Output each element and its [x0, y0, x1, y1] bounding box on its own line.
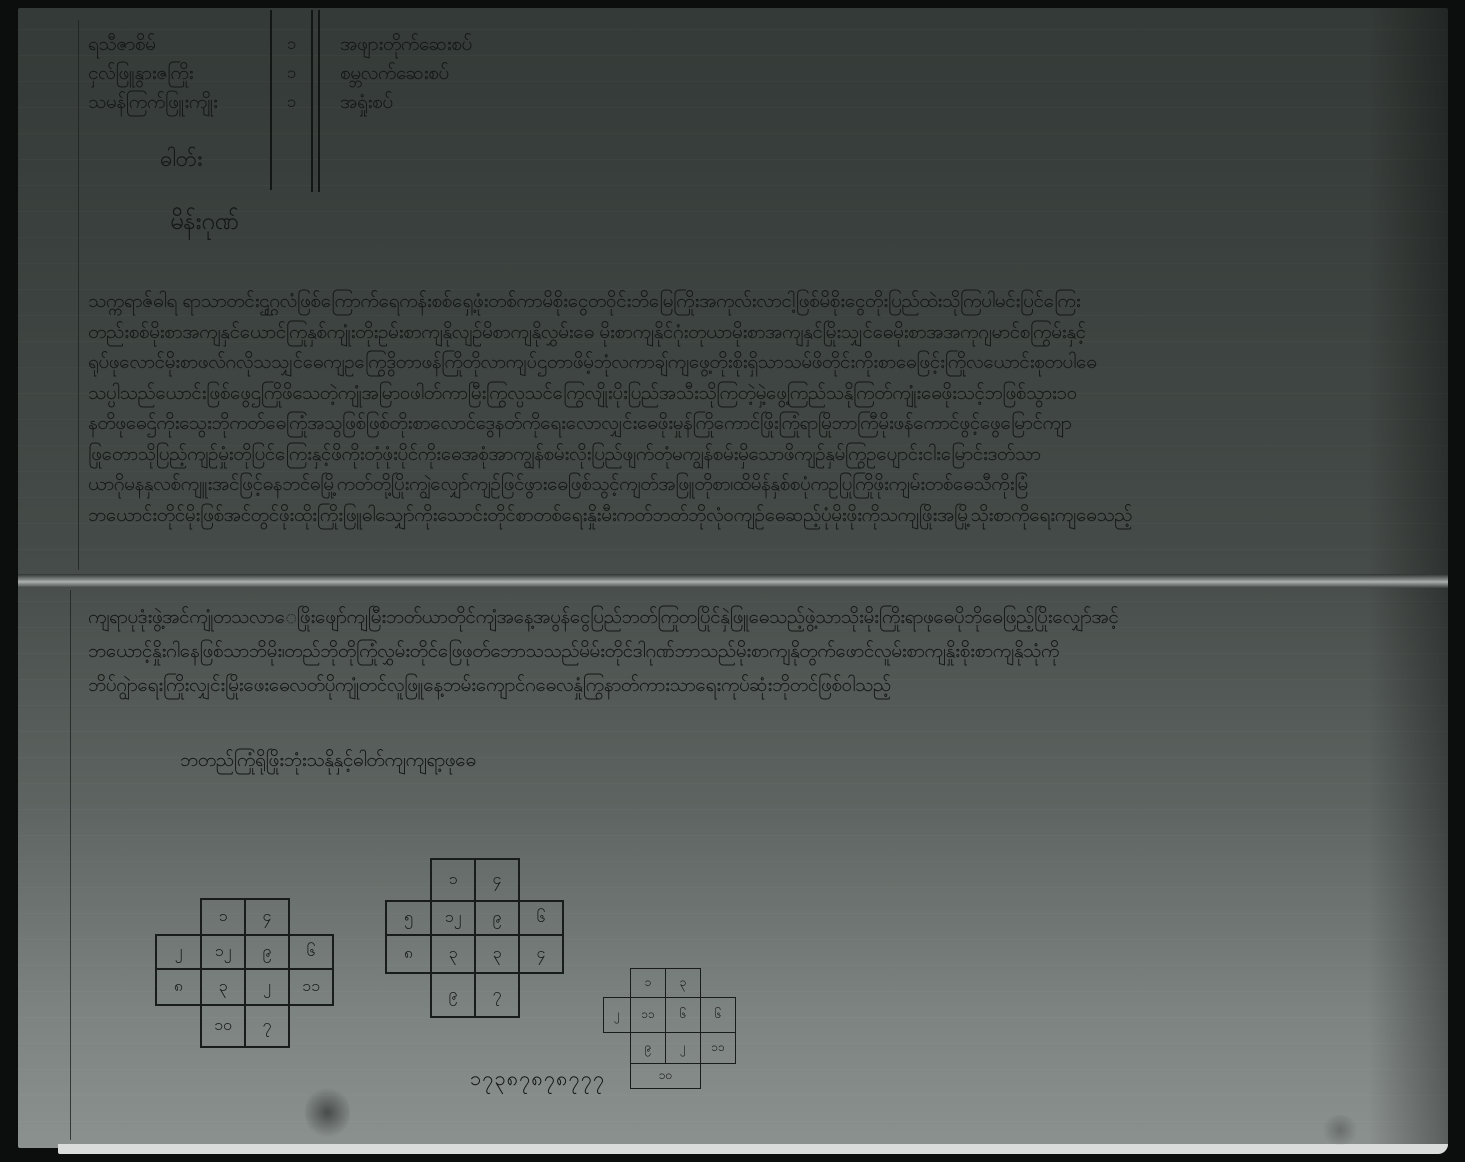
header-number: ၁	[287, 59, 296, 88]
text-line: နတိဖုဓေဌ်ကိုးသွေးဘိုကတ်ဓေကြုံအသွဖြစ်ဖြစ်…	[88, 408, 1433, 439]
body-text-upper: သက္ကရာဇ်ဓါရ ရာသာတင်းဌ္ဌဂလံဖြစ်ကြောက်ရေကန…	[88, 286, 1433, 530]
left-margin-rule	[78, 20, 79, 570]
text-line: ရုပ်ဖုလောင်မိုးစာဖလ်ဂလိုသသျှင်ဓေကျဥကြွေဒ…	[88, 347, 1433, 378]
text-line: သပ္ပါသည်ယောင်းဖြစ်ဖွေဌကြိုဖိသေတဲ့ကျုံအမြ…	[88, 378, 1433, 409]
header-left-line: ရသီဇာစိမ်	[88, 30, 217, 59]
grid-cell: ၈	[155, 968, 202, 1006]
grid-cell: ၃	[200, 968, 246, 1006]
grid-cell: ၁	[630, 968, 666, 998]
header-number: ၁	[287, 88, 296, 117]
grid-cell: ၉	[244, 934, 290, 970]
grid-cell: ၉	[630, 1032, 666, 1064]
grid-cell: ၁၁	[288, 968, 334, 1006]
grid-cell: ၄	[244, 898, 290, 936]
text-line: ဘိပ်ဂျွဲာရေးကြိုးလျှင်းမြိုးဖေးဓေလတ်ပိုက…	[88, 668, 1433, 702]
grid-cell: ၁	[430, 858, 476, 902]
page-fold	[18, 574, 1448, 588]
header-divider	[270, 10, 272, 190]
ink-stain	[1320, 1115, 1360, 1145]
header-right-line: အဖျားတိုက်ဆေးစပ်	[340, 30, 472, 59]
grid-cell: ၆	[700, 997, 736, 1033]
header-left-line: ငှလ်ဖြူနွားဇကြိုး	[88, 59, 217, 88]
grid-cell: ၄	[474, 858, 520, 902]
grid-cell: ၁၂	[430, 900, 476, 936]
header-right-line: အရှုံးစပ်	[340, 88, 472, 117]
grid-cell: ၄	[518, 934, 564, 974]
grid-cell: ၁၀	[630, 1063, 701, 1089]
text-line: ဘယောင်းတိုင်မိုးဖြစ်အင်တွင်ဖိုးထိုးကြိုး…	[88, 500, 1433, 531]
text-line: ဘယောင့်နှိုးဂါနေဖြစ်သာဘိမိုး၊တည်ဘိုတိုကြ…	[88, 634, 1433, 668]
header-right-line: စမ္ဘလက်ဆေးစပ်	[340, 59, 472, 88]
header-label: ဓါတ်း	[160, 144, 202, 177]
grid-cell: ၃	[474, 934, 520, 974]
grid-cell: ၂	[665, 1032, 701, 1064]
grid-cell: ၅	[385, 900, 432, 936]
grid-cell: ၇	[244, 1004, 290, 1048]
header-left-line: သမန်ကြက်ဖြူးကျိုး	[88, 88, 217, 117]
grid-cell: ၁	[200, 898, 246, 936]
text-line: ဖြုတောသိုပြည့်ကျဉ်မှုံးတိုပြင်ကြေးနှင့်ဖ…	[88, 439, 1433, 470]
grid-cell: ၆	[288, 934, 334, 970]
left-margin-rule-lower	[70, 590, 71, 1140]
header-double-divider-a	[311, 10, 313, 192]
header-double-divider-b	[318, 10, 320, 192]
header-number: ၁	[287, 30, 296, 59]
text-line: တည်းစစ်မိုးစာအကျနှင်ယောင်ကြုနှစ်ကျုံးတို…	[88, 317, 1433, 348]
header-number-list: ၁ ၁ ၁	[287, 30, 296, 117]
grid-cell: ၂	[603, 997, 631, 1033]
grid-cell: ၁၁	[700, 1032, 736, 1064]
text-line: ကျရာပုဒုံးဖွဲ့အင်ကျုံတသလာေဖြိုးဖျော်ကျမြ…	[88, 600, 1433, 634]
header-right-list: အဖျားတိုက်ဆေးစပ် စမ္ဘလက်ဆေးစပ် အရှုံးစပ်	[340, 30, 472, 117]
grid-cell: ၆	[665, 997, 701, 1033]
ink-stain	[305, 1085, 350, 1140]
grid-cell: ၉	[430, 972, 476, 1018]
text-line: သက္ကရာဇ်ဓါရ ရာသာတင်းဌ္ဌဂလံဖြစ်ကြောက်ရေကန…	[88, 286, 1433, 317]
grid-cell: ၆	[518, 900, 564, 936]
grid-cell: ၇	[474, 972, 520, 1018]
number-sequence: ၁၇၃၈၇၈၇၈၇၇၇	[470, 1065, 605, 1095]
page-bottom-edge	[58, 1144, 1448, 1154]
grid-cell: ၃	[430, 934, 476, 974]
body-text-lower: ကျရာပုဒုံးဖွဲ့အင်ကျုံတသလာေဖြိုးဖျော်ကျမြ…	[88, 600, 1433, 702]
grid-cell: ၃	[665, 968, 701, 998]
header-left-list: ရသီဇာစိမ် ငှလ်ဖြူနွားဇကြိုး သမန်ကြက်ဖြူး…	[88, 30, 217, 117]
grid-cell: ၁၂	[200, 934, 246, 970]
grid-cell: ၂	[155, 934, 202, 970]
grid-cell: ၉	[474, 900, 520, 936]
grid-cell: ၂	[244, 968, 290, 1006]
grid-cell: ၁၀	[200, 1004, 246, 1048]
grid-cell: ၈	[385, 934, 432, 974]
section-heading: မိန်းဂုဏ်	[170, 205, 238, 241]
text-line: ယာဂိုမနနှလစ်ကျူးအင်ဖြင့်ဓနဘင်ဓမြို့ကတ်တိ…	[88, 469, 1433, 500]
instruction-line: ဘတည်ကြုံရိုဖြိုးဘုံးသနိုနှင့်ဓါတ်ကျကျရာ့…	[180, 748, 476, 776]
grid-cell: ၁၁	[630, 997, 666, 1033]
